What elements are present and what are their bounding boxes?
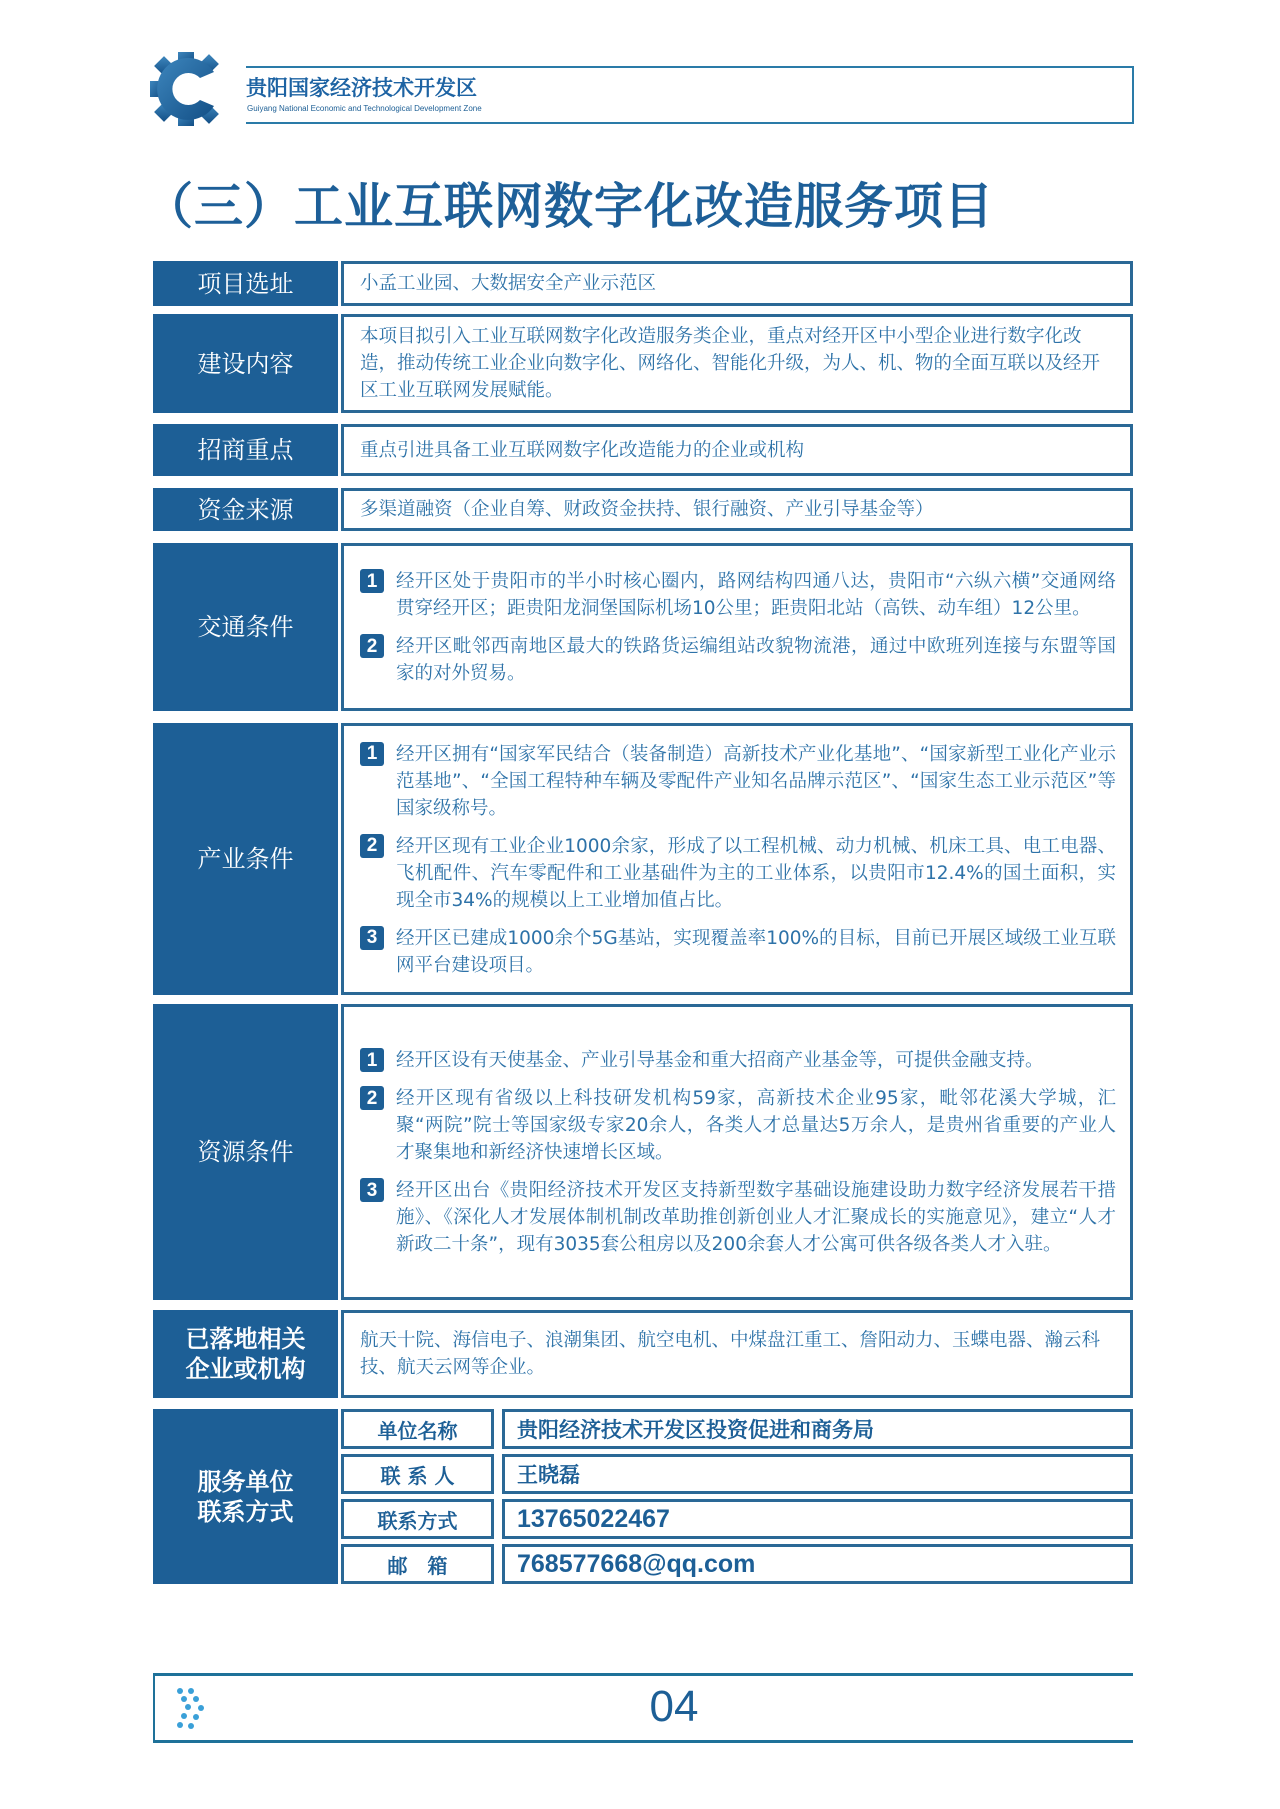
row-funding: 资金来源 多渠道融资（企业自筹、财政资金扶持、银行融资、产业引导基金等） bbox=[153, 488, 1133, 531]
list-item: 3 经开区出台《贵阳经济技术开发区支持新型数字基础设施建设助力数字经济发展若干措… bbox=[360, 1177, 1116, 1258]
row-label-line1: 已落地相关 bbox=[186, 1324, 306, 1354]
number-badge: 2 bbox=[360, 1086, 384, 1110]
row-content: 重点引进具备工业互联网数字化改造能力的企业或机构 bbox=[341, 424, 1133, 476]
row-label: 项目选址 bbox=[153, 261, 338, 306]
contact-section: 服务单位 联系方式 单位名称 贵阳经济技术开发区投资促进和商务局 联 系 人 王… bbox=[153, 1409, 1133, 1584]
row-content: 航天十院、海信电子、浪潮集团、航空电机、中煤盘江重工、詹阳动力、玉蝶电器、瀚云科… bbox=[341, 1310, 1133, 1398]
contact-value-phone[interactable]: 13765022467 bbox=[502, 1499, 1133, 1539]
number-badge: 3 bbox=[360, 926, 384, 950]
contact-row-person: 联 系 人 王晓磊 bbox=[341, 1454, 1133, 1494]
contact-key: 联系方式 bbox=[341, 1499, 494, 1539]
item-text: 经开区现有省级以上科技研发机构59家，高新技术企业95家，毗邻花溪大学城，汇聚“… bbox=[396, 1085, 1116, 1166]
page-footer: 04 bbox=[153, 1673, 1133, 1743]
contact-value-person: 王晓磊 bbox=[502, 1454, 1133, 1494]
list-item: 1 经开区拥有“国家军民结合（装备制造）高新技术产业化基地”、“国家新型工业化产… bbox=[360, 741, 1116, 822]
number-badge: 1 bbox=[360, 742, 384, 766]
number-badge: 2 bbox=[360, 634, 384, 658]
item-text: 经开区处于贵阳市的半小时核心圈内，路网结构四通八达，贵阳市“六纵六横”交通网络贯… bbox=[396, 568, 1116, 622]
row-label: 已落地相关 企业或机构 bbox=[153, 1310, 338, 1398]
list-item: 1 经开区设有天使基金、产业引导基金和重大招商产业基金等，可提供金融支持。 bbox=[360, 1047, 1116, 1074]
row-label: 资金来源 bbox=[153, 488, 338, 531]
item-text: 经开区设有天使基金、产业引导基金和重大招商产业基金等，可提供金融支持。 bbox=[396, 1047, 1116, 1074]
row-industry: 产业条件 1 经开区拥有“国家军民结合（装备制造）高新技术产业化基地”、“国家新… bbox=[153, 723, 1133, 995]
list-item: 2 经开区现有工业企业1000余家，形成了以工程机械、动力机械、机床工具、电工电… bbox=[360, 833, 1116, 914]
row-label: 资源条件 bbox=[153, 1004, 338, 1300]
row-content: 1 经开区拥有“国家军民结合（装备制造）高新技术产业化基地”、“国家新型工业化产… bbox=[341, 723, 1133, 995]
contact-key: 联 系 人 bbox=[341, 1454, 494, 1494]
item-text: 经开区毗邻西南地区最大的铁路货运编组站改貌物流港，通过中欧班列连接与东盟等国家的… bbox=[396, 633, 1116, 687]
number-badge: 3 bbox=[360, 1178, 384, 1202]
row-transport: 交通条件 1 经开区处于贵阳市的半小时核心圈内，路网结构四通八达，贵阳市“六纵六… bbox=[153, 543, 1133, 711]
contact-value-email[interactable]: 768577668@qq.com bbox=[502, 1544, 1133, 1584]
row-location: 项目选址 小孟工业园、大数据安全产业示范区 bbox=[153, 261, 1133, 306]
page-title: （三）工业互联网数字化改造服务项目 bbox=[144, 168, 994, 238]
list-item: 1 经开区处于贵阳市的半小时核心圈内，路网结构四通八达，贵阳市“六纵六横”交通网… bbox=[360, 568, 1116, 622]
contact-row-unit: 单位名称 贵阳经济技术开发区投资促进和商务局 bbox=[341, 1409, 1133, 1449]
page-number: 04 bbox=[155, 1682, 1133, 1732]
org-name-en: Guiyang National Economic and Technologi… bbox=[247, 104, 482, 113]
row-label: 招商重点 bbox=[153, 424, 338, 476]
contact-label-line2: 联系方式 bbox=[198, 1497, 294, 1527]
item-text: 经开区拥有“国家军民结合（装备制造）高新技术产业化基地”、“国家新型工业化产业示… bbox=[396, 741, 1116, 822]
row-investment-focus: 招商重点 重点引进具备工业互联网数字化改造能力的企业或机构 bbox=[153, 424, 1133, 476]
list-item: 3 经开区已建成1000余个5G基站，实现覆盖率100%的目标，目前已开展区域级… bbox=[360, 925, 1116, 979]
item-text: 经开区现有工业企业1000余家，形成了以工程机械、动力机械、机床工具、电工电器、… bbox=[396, 833, 1116, 914]
contact-value-unit: 贵阳经济技术开发区投资促进和商务局 bbox=[502, 1409, 1133, 1449]
row-content: 1 经开区设有天使基金、产业引导基金和重大招商产业基金等，可提供金融支持。 2 … bbox=[341, 1004, 1133, 1300]
contact-row-email: 邮 箱 768577668@qq.com bbox=[341, 1544, 1133, 1584]
item-text: 经开区出台《贵阳经济技术开发区支持新型数字基础设施建设助力数字经济发展若干措施》… bbox=[396, 1177, 1116, 1258]
row-content: 多渠道融资（企业自筹、财政资金扶持、银行融资、产业引导基金等） bbox=[341, 488, 1133, 531]
contact-row-phone: 联系方式 13765022467 bbox=[341, 1499, 1133, 1539]
row-label-line2: 企业或机构 bbox=[186, 1354, 306, 1384]
contact-label-line1: 服务单位 bbox=[198, 1467, 294, 1497]
row-content: 小孟工业园、大数据安全产业示范区 bbox=[341, 261, 1133, 306]
number-badge: 1 bbox=[360, 569, 384, 593]
number-badge: 2 bbox=[360, 834, 384, 858]
row-label: 建设内容 bbox=[153, 314, 338, 413]
number-badge: 1 bbox=[360, 1048, 384, 1072]
row-content: 本项目拟引入工业互联网数字化改造服务类企业，重点对经开区中小型企业进行数字化改造… bbox=[341, 314, 1133, 413]
list-item: 2 经开区毗邻西南地区最大的铁路货运编组站改貌物流港，通过中欧班列连接与东盟等国… bbox=[360, 633, 1116, 687]
item-text: 经开区已建成1000余个5G基站，实现覆盖率100%的目标，目前已开展区域级工业… bbox=[396, 925, 1116, 979]
row-companies: 已落地相关 企业或机构 航天十院、海信电子、浪潮集团、航空电机、中煤盘江重工、詹… bbox=[153, 1310, 1133, 1398]
org-name-cn: 贵阳国家经济技术开发区 bbox=[246, 72, 477, 102]
contact-key: 邮 箱 bbox=[341, 1544, 494, 1584]
list-item: 2 经开区现有省级以上科技研发机构59家，高新技术企业95家，毗邻花溪大学城，汇… bbox=[360, 1085, 1116, 1166]
row-label: 交通条件 bbox=[153, 543, 338, 711]
row-content: 1 经开区处于贵阳市的半小时核心圈内，路网结构四通八达，贵阳市“六纵六横”交通网… bbox=[341, 543, 1133, 711]
row-label: 产业条件 bbox=[153, 723, 338, 995]
row-resources: 资源条件 1 经开区设有天使基金、产业引导基金和重大招商产业基金等，可提供金融支… bbox=[153, 1004, 1133, 1300]
contact-key: 单位名称 bbox=[341, 1409, 494, 1449]
contact-label: 服务单位 联系方式 bbox=[153, 1409, 338, 1584]
row-construction: 建设内容 本项目拟引入工业互联网数字化改造服务类企业，重点对经开区中小型企业进行… bbox=[153, 314, 1133, 413]
gear-logo-icon bbox=[148, 50, 224, 128]
